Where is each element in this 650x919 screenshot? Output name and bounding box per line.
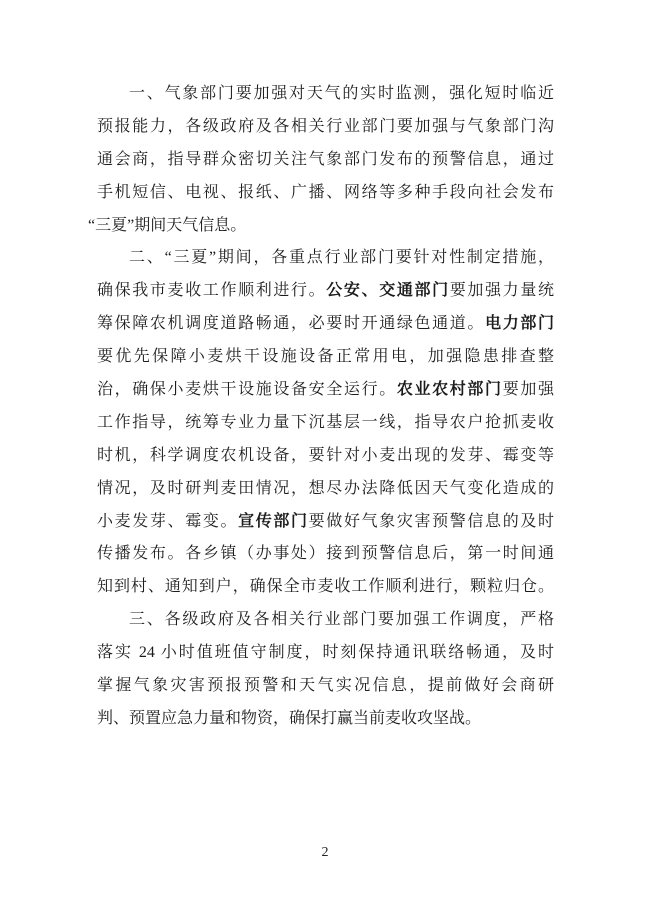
text-line: “三夏”期间天气信息。 [88,210,554,243]
text-segment: 二、“三夏”期间，各重点行业部门要针对性制定措施， [129,249,554,266]
document-page: 一、气象部门要加强对天气的实时监测，强化短时临近预报能力，各级政府及各相关行业部… [0,0,650,919]
text-line: 情况，及时研判麦田情况，想尽办法降低因天气变化造成的 [97,473,554,506]
text-segment: 判、预置应急力量和物资，确保打赢当前麦收攻坚战。 [97,710,481,727]
department-emphasis-text: 农业农村部门 [397,381,503,398]
text-segment: 时机，科学调度农机设备，要针对小麦出现的发芽、霉变等 [97,447,554,464]
paragraph: 一、气象部门要加强对天气的实时监测，强化短时临近预报能力，各级政府及各相关行业部… [97,78,554,242]
text-line: 二、“三夏”期间，各重点行业部门要针对性制定措施， [97,242,554,275]
text-segment: 要做好气象灾害预警信息的及时 [309,513,554,530]
department-emphasis-text: 公安、交通部门 [326,282,449,299]
text-line: 三、各级政府及各相关行业部门要加强工作调度，严格 [97,604,554,637]
text-segment: 情况，及时研判麦田情况，想尽办法降低因天气变化造成的 [97,480,554,497]
text-segment: 掌握气象灾害预报预警和天气实况信息，提前做好会商研 [97,677,554,694]
text-line: 预报能力，各级政府及各相关行业部门要加强与气象部门沟 [97,111,554,144]
text-segment: 传播发布。各乡镇（办事处）接到预警信息后，第一时间通 [97,545,554,562]
page-footer: 2 [0,843,650,861]
text-segment: 知到村、通知到户，确保全市麦收工作顺利进行，颗粒归仓。 [97,578,554,595]
text-segment: 通会商，指导群众密切关注气象部门发布的预警信息，通过 [97,151,554,168]
page-number: 2 [322,845,329,860]
text-segment: 预报能力，各级政府及各相关行业部门要加强与气象部门沟 [97,118,554,135]
text-segment: 治，确保小麦烘干设施设备安全运行。 [97,381,397,398]
text-line: 筹保障农机调度道路畅通，必要时开通绿色通道。电力部门 [97,308,554,341]
text-line: 治，确保小麦烘干设施设备安全运行。农业农村部门要加强 [97,374,554,407]
text-segment: 一、气象部门要加强对天气的实时监测，强化短时临近 [129,85,554,102]
text-segment: 小麦发芽、霉变。 [97,513,238,530]
text-line: 小麦发芽、霉变。宣传部门要做好气象灾害预警信息的及时 [97,506,554,539]
text-line: 通会商，指导群众密切关注气象部门发布的预警信息，通过 [97,144,554,177]
text-segment: 落实 24 小时值班值守制度，时刻保持通讯联络畅通，及时 [97,644,554,661]
text-line: 一、气象部门要加强对天气的实时监测，强化短时临近 [97,78,554,111]
paragraph: 二、“三夏”期间，各重点行业部门要针对性制定措施，确保我市麦收工作顺利进行。公安… [97,242,554,604]
paragraph: 三、各级政府及各相关行业部门要加强工作调度，严格落实 24 小时值班值守制度，时… [97,604,554,736]
text-segment: “三夏”期间天气信息。 [88,217,246,234]
text-line: 确保我市麦收工作顺利进行。公安、交通部门要加强力量统 [97,275,554,308]
text-segment: 确保我市麦收工作顺利进行。 [97,282,326,299]
text-segment: 要加强 [503,381,554,398]
text-segment: 要加强力量统 [450,282,554,299]
department-emphasis-text: 宣传部门 [238,513,309,530]
text-line: 落实 24 小时值班值守制度，时刻保持通讯联络畅通，及时 [97,637,554,670]
text-line: 掌握气象灾害预报预警和天气实况信息，提前做好会商研 [97,670,554,703]
text-line: 知到村、通知到户，确保全市麦收工作顺利进行，颗粒归仓。 [97,571,554,604]
text-line: 判、预置应急力量和物资，确保打赢当前麦收攻坚战。 [97,703,554,736]
text-line: 要优先保障小麦烘干设施设备正常用电，加强隐患排查整 [97,341,554,374]
text-line: 工作指导，统筹专业力量下沉基层一线，指导农户抢抓麦收 [97,407,554,440]
text-line: 时机，科学调度农机设备，要针对小麦出现的发芽、霉变等 [97,440,554,473]
text-segment: 三、各级政府及各相关行业部门要加强工作调度，严格 [129,611,554,628]
text-line: 手机短信、电视、报纸、广播、网络等多种手段向社会发布 [97,177,554,210]
text-segment: 要优先保障小麦烘干设施设备正常用电，加强隐患排查整 [97,348,554,365]
text-segment: 工作指导，统筹专业力量下沉基层一线，指导农户抢抓麦收 [97,414,554,431]
document-body: 一、气象部门要加强对天气的实时监测，强化短时临近预报能力，各级政府及各相关行业部… [97,78,554,736]
department-emphasis-text: 电力部门 [485,315,554,332]
text-line: 传播发布。各乡镇（办事处）接到预警信息后，第一时间通 [97,538,554,571]
text-segment: 手机短信、电视、报纸、广播、网络等多种手段向社会发布 [97,184,554,201]
text-segment: 筹保障农机调度道路畅通，必要时开通绿色通道。 [97,315,485,332]
